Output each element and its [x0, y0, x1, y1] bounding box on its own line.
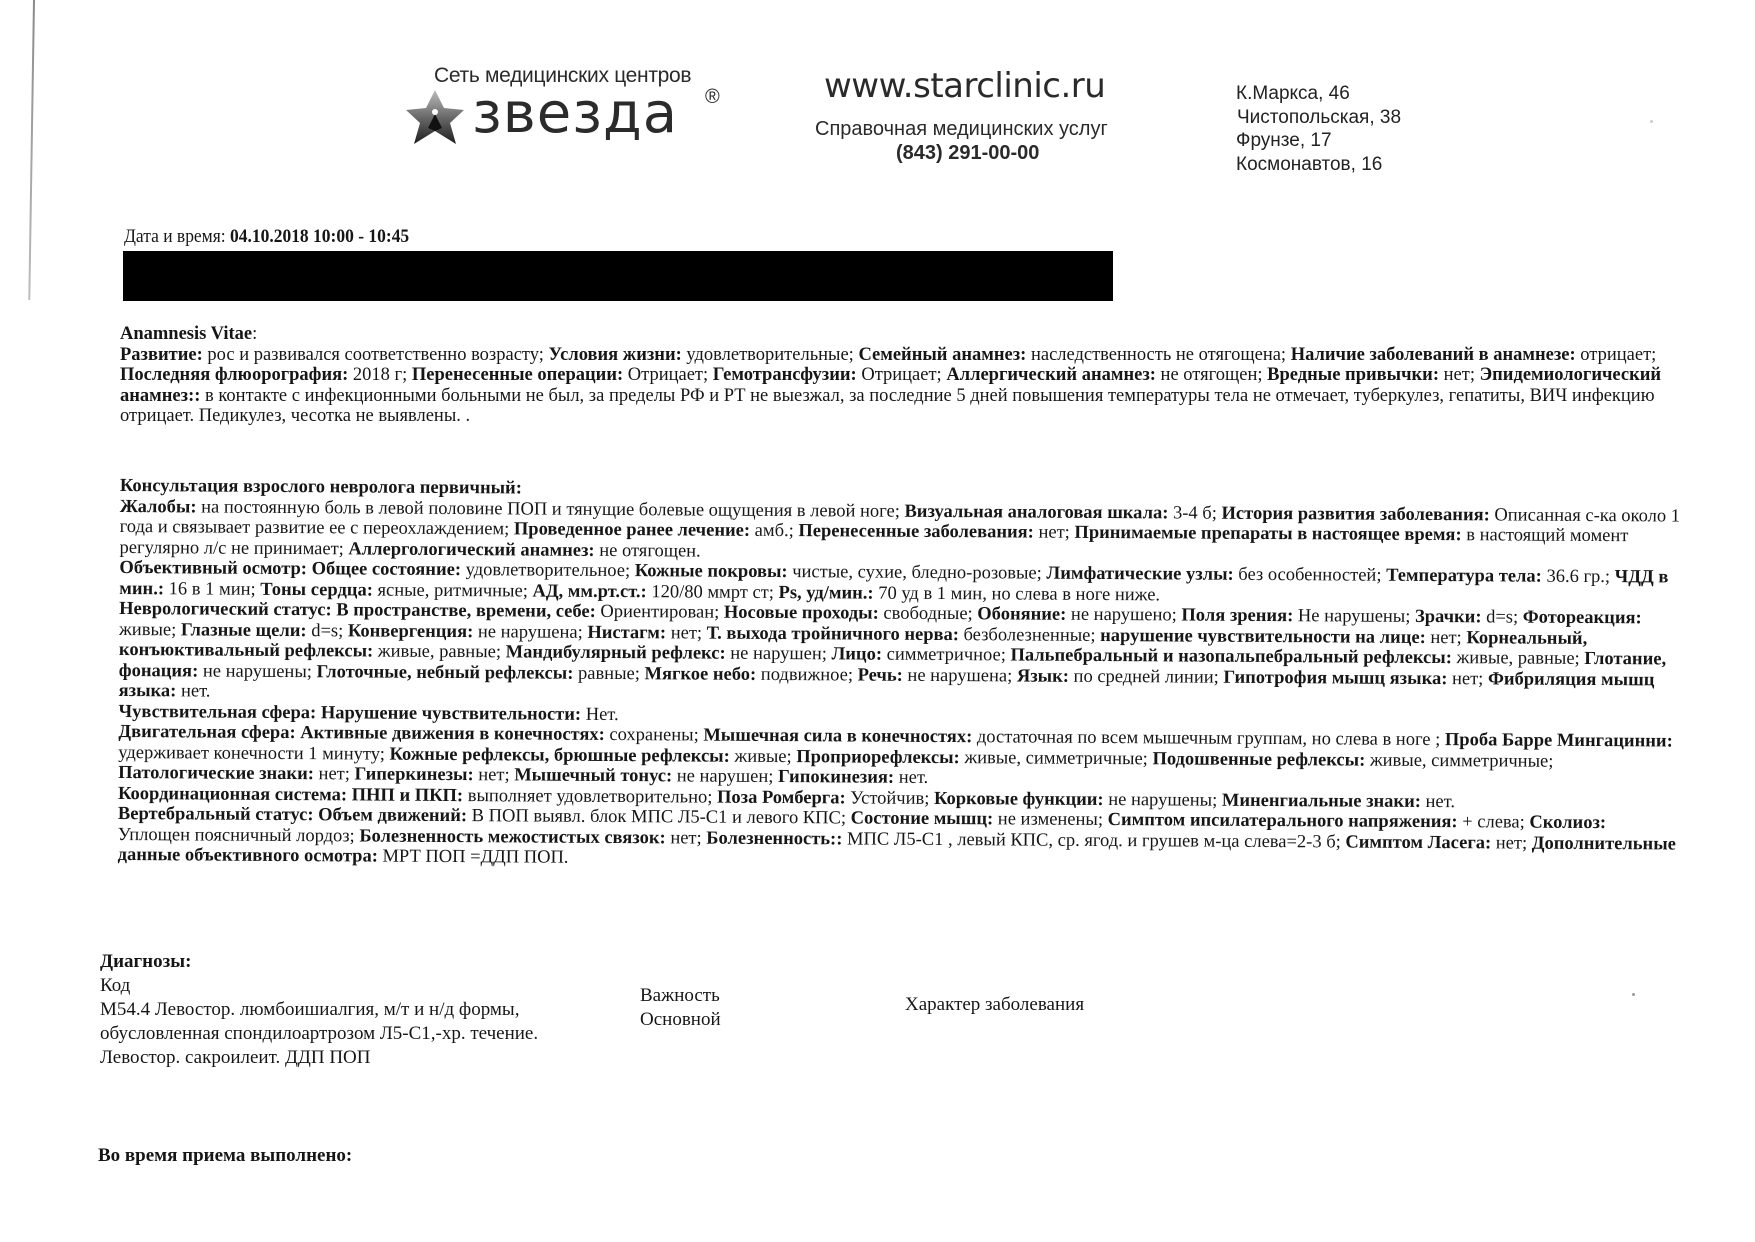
registered-mark: ®	[705, 86, 720, 109]
field-label: Перенесенные операции:	[412, 365, 623, 385]
field-label: Сколиоз:	[1529, 813, 1606, 833]
field-value: не отягощен.	[595, 540, 701, 561]
field-label: Принимаемые препараты в настоящее время:	[1074, 523, 1461, 545]
field-value: живые, равные;	[373, 642, 506, 663]
field-value: нет;	[666, 828, 707, 848]
field-value: по средней линии;	[1069, 666, 1224, 687]
field-label: Кожные рефлексы, брюшные рефлексы:	[389, 744, 729, 766]
field-label: Кожные покровы:	[635, 561, 788, 582]
consultation-paragraph: Вертебральный статус: Объем движений: В …	[118, 804, 1683, 875]
field-value: Нет.	[581, 704, 619, 724]
field-label: Язык:	[1017, 666, 1069, 686]
field-label: Обоняние:	[977, 604, 1066, 625]
clinic-letterhead: Сеть медицинских центров звезда ® www.st…	[400, 60, 1430, 190]
field-label: Конвергенция:	[348, 621, 474, 642]
field-label: Ps, уд/мин.:	[779, 583, 874, 604]
field-label: Поля зрения:	[1181, 605, 1293, 626]
field-label: Аллергологический анамнез:	[348, 539, 594, 561]
field-value: удовлетворительные;	[682, 345, 859, 365]
diagnoses-section: Диагнозы: Код М54.4 Левостор. люмбоишиал…	[100, 950, 538, 1070]
field-label: Проведенное ранее лечение:	[514, 519, 750, 540]
field-label: Симптом Ласега:	[1345, 832, 1491, 853]
field-value: Ориентирован;	[596, 602, 724, 623]
hotline-label: Справочная медицинских услуг	[815, 118, 1108, 141]
field-label: Координационная система: ПНП и ПКП:	[118, 783, 463, 805]
field-label: Лимфатические узлы:	[1046, 564, 1233, 585]
field-value: удерживает конечности 1 минуту;	[118, 742, 389, 764]
field-value: не отягощен;	[1156, 365, 1267, 385]
consultation-paragraph: Неврологический статус: В пространстве, …	[119, 599, 1685, 711]
visit-datetime: Дата и время: 04.10.2018 10:00 - 10:45	[124, 226, 409, 248]
field-value: выполняет удовлетворительно;	[463, 786, 717, 808]
neurologist-consultation-section: Консультация взрослого невролога первичн…	[118, 476, 1685, 875]
scan-speck	[1650, 120, 1653, 123]
clinic-website: www.starclinic.ru	[824, 66, 1105, 106]
field-label: Т. выхода тройничного нерва:	[707, 623, 959, 645]
address-line: Чистопольская, 38	[1237, 106, 1401, 130]
importance-value: Основной	[640, 1008, 721, 1032]
field-value: не нарушены;	[1104, 790, 1222, 811]
field-label: Чувствительная сфера: Нарушение чувствит…	[119, 701, 582, 724]
field-label: Лицо:	[831, 644, 882, 664]
field-value: живые, равные;	[1452, 648, 1585, 669]
field-value: не нарушена;	[473, 622, 587, 643]
field-value: не нарушена;	[903, 665, 1017, 686]
character-header: Характер заболевания	[905, 994, 1084, 1016]
field-value: 120/80 ммрт ст;	[647, 582, 779, 603]
field-label: Неврологический статус: В пространстве, …	[119, 599, 596, 622]
field-label: Зрачки:	[1415, 607, 1482, 627]
field-label: Мышечный тонус:	[514, 765, 672, 786]
field-label: Состоние мышц:	[851, 808, 994, 829]
field-value: нет;	[1439, 365, 1480, 385]
field-label: Нистагм:	[587, 622, 666, 642]
field-value: нет;	[1426, 627, 1467, 647]
field-value: живые, симметричные;	[1365, 750, 1553, 771]
field-value: нет;	[1034, 523, 1075, 543]
star-logo-icon	[404, 88, 466, 146]
field-label: Поза Ромберга:	[717, 787, 846, 808]
field-value: подвижное;	[756, 664, 858, 685]
field-label: Подошвенные рефлексы:	[1152, 749, 1365, 770]
field-value: отрицает;	[1576, 345, 1657, 365]
field-value: 3-4 б;	[1168, 503, 1221, 523]
field-label: Гиперкинезы:	[354, 764, 473, 785]
field-label: Семейный анамнез:	[858, 345, 1026, 365]
field-value: В ПОП выявл. блок МПС Л5-С1 и левого КПС…	[467, 806, 851, 828]
field-label: АД, мм.рт.ст.:	[532, 581, 646, 602]
field-value: нет;	[474, 765, 515, 785]
clinic-brand-name: звезда	[472, 82, 678, 146]
field-label: История развития заболевания:	[1221, 503, 1489, 525]
importance-column: Важность Основной	[640, 984, 721, 1032]
field-label: Аллергический анамнез:	[946, 365, 1156, 385]
field-label: Проба Барре Мингацинни:	[1445, 730, 1673, 751]
section-title: Anamnesis Vitae:	[120, 324, 1685, 345]
field-value: нет;	[666, 623, 707, 643]
field-label: Наличие заболеваний в анамнезе:	[1291, 345, 1576, 365]
scan-speck	[1632, 993, 1635, 996]
field-value: 2018 г;	[348, 365, 412, 385]
code-header: Код	[100, 974, 538, 998]
field-label: Перенесенные заболевания:	[798, 521, 1034, 542]
field-value: не нарушен;	[672, 766, 778, 787]
field-value: симметричное;	[882, 645, 1011, 666]
field-label: Симптом ипсилатерального напряжения:	[1108, 810, 1458, 832]
field-label: Мышечная сила в конечностях:	[703, 726, 972, 748]
field-value: удовлетворительное;	[461, 560, 635, 581]
field-value: Устойчив;	[846, 788, 935, 809]
field-label: Мандибулярный рефлекс:	[506, 642, 726, 663]
field-label: Вертебральный статус: Объем движений:	[118, 804, 467, 826]
field-label: Тоны сердца:	[260, 579, 373, 600]
address-line: Космонавтов, 16	[1236, 153, 1401, 177]
field-value: нет;	[314, 764, 355, 784]
redacted-patient-info	[123, 251, 1113, 301]
field-label: Гипотрофия мышц языка:	[1223, 667, 1447, 688]
field-value: рос и развивался соответственно возрасту…	[203, 345, 549, 365]
field-label: Условия жизни:	[549, 345, 682, 365]
field-label: Гипокинезия:	[778, 767, 894, 788]
field-value: Уплощен поясничный лордоз;	[118, 824, 360, 845]
field-value: нет.	[1421, 791, 1455, 811]
field-label: Корковые функции:	[934, 788, 1104, 809]
address-line: К.Маркса, 46	[1236, 82, 1401, 106]
field-value: нет;	[1491, 833, 1532, 853]
field-value: равные;	[573, 663, 644, 683]
field-value: не нарушен;	[726, 644, 832, 665]
field-value: Отрицает;	[857, 365, 947, 385]
consultation-paragraph: Жалобы: на постоянную боль в левой полов…	[119, 496, 1684, 567]
field-value: ясные, ритмичные;	[373, 580, 533, 601]
field-value: без особенностей;	[1234, 565, 1387, 586]
field-value: МРТ ПОП =ДДП ПОП.	[378, 847, 569, 868]
field-value: + слева;	[1458, 812, 1530, 832]
field-value: в контакте с инфекционными больными не б…	[120, 386, 1655, 427]
consultation-paragraph: Двигательная сфера: Активные движения в …	[118, 722, 1683, 793]
field-value: сохранены;	[605, 725, 704, 746]
performed-procedures-label: Во время приема выполнено:	[98, 1145, 352, 1167]
field-value: d=s;	[1481, 607, 1522, 627]
field-label: Гемотрансфузии:	[713, 365, 857, 385]
field-value: достаточная по всем мышечным группам, но…	[972, 727, 1445, 750]
field-label: Фотореакция:	[1523, 608, 1642, 629]
field-label: Патологические знаки:	[118, 763, 314, 784]
field-label: нарушение чувствительности на лице:	[1100, 625, 1426, 647]
field-value: амб.;	[750, 521, 798, 541]
field-value: 70 уд в 1 мин, но слева в ноге ниже.	[874, 583, 1161, 605]
anamnesis-vitae-section: Anamnesis Vitae: Развитие: рос и развива…	[120, 324, 1685, 427]
field-label: Вредные привычки:	[1267, 365, 1439, 385]
field-value: живые;	[730, 746, 797, 766]
hotline-phone: (843) 291-00-00	[896, 142, 1039, 165]
field-value: нет.	[176, 681, 210, 701]
field-label: Последняя флюорография:	[120, 365, 348, 385]
date-value: 04.10.2018 10:00 - 10:45	[230, 226, 409, 247]
consultation-body: Жалобы: на постоянную боль в левой полов…	[118, 496, 1685, 875]
field-value: живые;	[119, 619, 181, 639]
field-value: нет.	[894, 768, 928, 788]
field-value: нет;	[1447, 669, 1488, 689]
field-value: Не нарушены;	[1293, 606, 1415, 627]
field-label: Миненгиальные знаки:	[1222, 790, 1421, 811]
field-value: 16 в 1 мин;	[164, 579, 260, 600]
importance-header: Важность	[640, 984, 721, 1008]
anamnesis-paragraph: Развитие: рос и развивался соответственн…	[120, 345, 1685, 427]
field-label: Двигательная сфера: Активные движения в …	[118, 722, 605, 745]
field-label: Пальпебральный и назопальпебральный рефл…	[1010, 645, 1452, 668]
field-value: Отрицает;	[623, 365, 713, 385]
diagnosis-line: М54.4 Левостор. люмбоишиалгия, м/т и н/д…	[100, 998, 538, 1022]
field-value: d=s;	[307, 621, 348, 641]
date-label: Дата и время:	[124, 226, 226, 247]
field-value: наследственность не отягощена;	[1026, 345, 1290, 365]
diagnosis-line: Левостор. сакроилеит. ДДП ПОП	[100, 1046, 538, 1070]
field-label: Жалобы:	[120, 496, 197, 516]
field-value: безболезненные;	[959, 625, 1100, 646]
field-value: чистые, сухие, бледно-розовые;	[788, 562, 1047, 584]
clinic-addresses: К.Маркса, 46 Чистопольская, 38 Фрунзе, 1…	[1236, 82, 1401, 176]
field-label: Глоточные, небный рефлексы:	[316, 662, 573, 684]
field-label: Болезненность::	[706, 828, 842, 849]
scan-edge-line	[28, 0, 35, 300]
field-label: Проприорефлексы:	[796, 747, 960, 768]
diagnoses-title: Диагнозы:	[100, 950, 538, 974]
field-label: Болезненность межостистых связок:	[359, 826, 665, 848]
field-label: Объективный осмотр: Общее состояние:	[119, 558, 461, 580]
field-value: свободные;	[879, 604, 978, 625]
field-label: Температура тела:	[1386, 566, 1542, 587]
field-label: Развитие:	[120, 345, 203, 365]
field-label: Мягкое небо:	[644, 664, 756, 685]
address-line: Фрунзе, 17	[1236, 129, 1401, 153]
diagnosis-line: обусловленная спондилоартрозом Л5-С1,-хр…	[100, 1022, 538, 1046]
field-value: не нарушены;	[198, 661, 316, 682]
field-value: не изменены;	[993, 809, 1108, 830]
field-value: живые, симметричные;	[960, 748, 1153, 769]
field-label: Глазные щели:	[181, 620, 307, 641]
field-label: Речь:	[858, 665, 903, 685]
field-value: МПС Л5-С1 , левый КПС, ср. ягод. и груше…	[842, 829, 1345, 852]
field-value: не нарушено;	[1066, 605, 1181, 626]
field-label: Визуальная аналоговая шкала:	[904, 501, 1168, 523]
field-value: 36.6 гр.;	[1542, 567, 1615, 587]
field-label: Носовые проходы:	[724, 603, 879, 624]
